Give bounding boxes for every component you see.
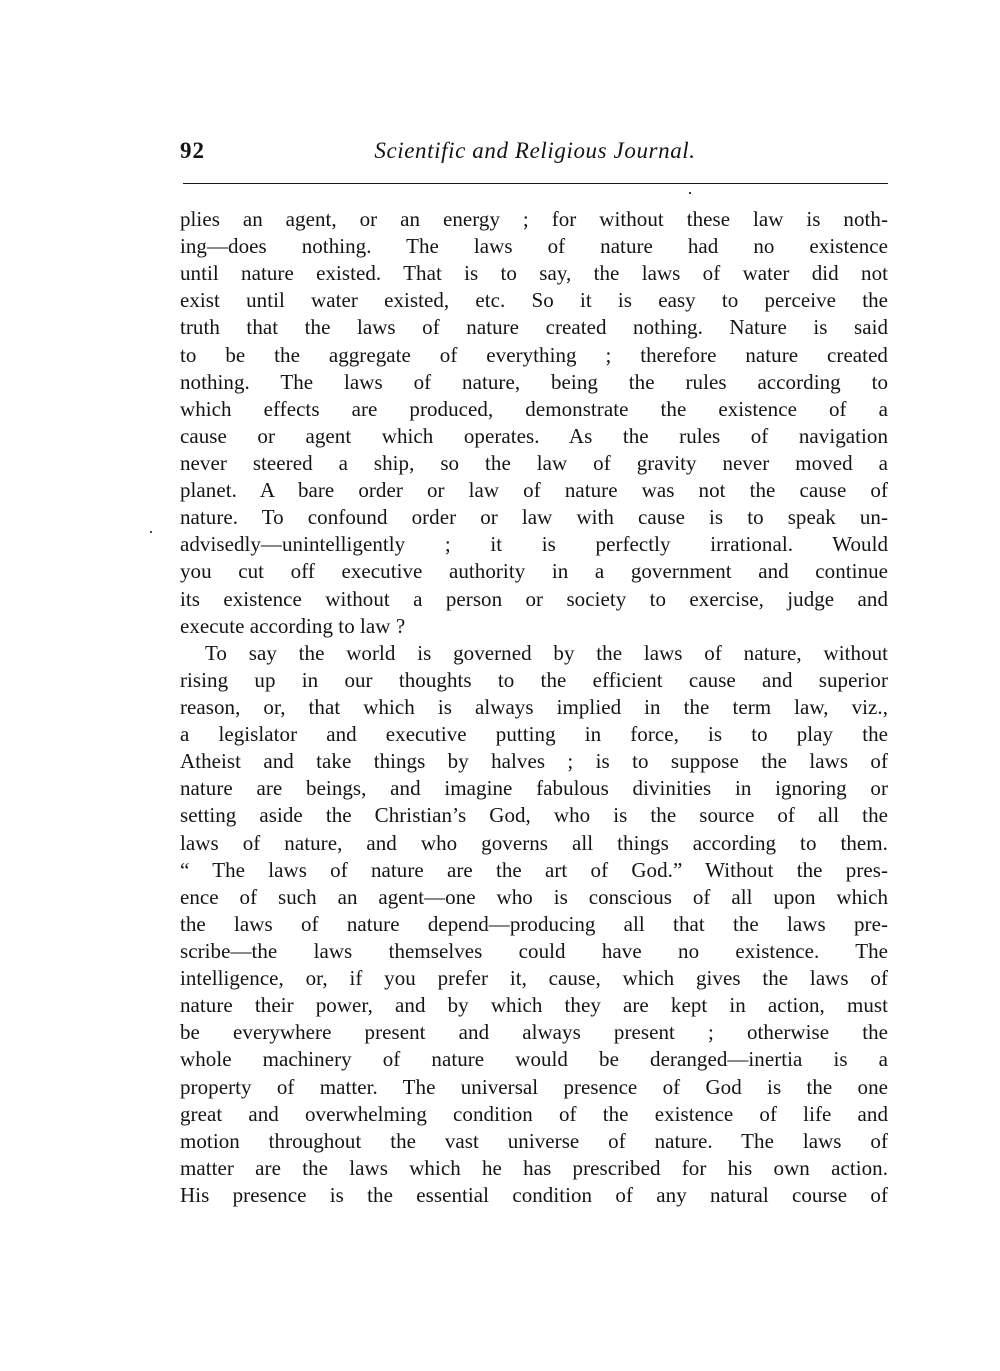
- book-page: 92 Scientific and Religious Journal. pli…: [0, 0, 1000, 1371]
- paragraph: plies an agent, or an energy ; for witho…: [180, 206, 888, 640]
- text-line: plies an agent, or an energy ; for witho…: [180, 206, 888, 233]
- text-line: the laws of nature depend—producing all …: [180, 911, 888, 938]
- text-line: until nature existed. That is to say, th…: [180, 260, 888, 287]
- text-line: “ The laws of nature are the art of God.…: [180, 857, 888, 884]
- text-line: a legislator and executive putting in fo…: [180, 721, 888, 748]
- text-line: which effects are produced, demonstrate …: [180, 396, 888, 423]
- text-line: scribe—the laws themselves could have no…: [180, 938, 888, 965]
- text-line: Atheist and take things by halves ; is t…: [180, 748, 888, 775]
- text-line: never steered a ship, so the law of grav…: [180, 450, 888, 477]
- text-line: great and overwhelming condition of the …: [180, 1101, 888, 1128]
- paragraph: To say the world is governed by the laws…: [180, 640, 888, 1209]
- text-line: nothing. The laws of nature, being the r…: [180, 369, 888, 396]
- text-line: whole machinery of nature would be deran…: [180, 1046, 888, 1073]
- text-line: you cut off executive authority in a gov…: [180, 558, 888, 585]
- text-line: cause or agent which operates. As the ru…: [180, 423, 888, 450]
- running-head: 92 Scientific and Religious Journal.: [180, 136, 888, 170]
- text-line: nature their power, and by which they ar…: [180, 992, 888, 1019]
- text-line: To say the world is governed by the laws…: [180, 640, 888, 667]
- text-line: planet. A bare order or law of nature wa…: [180, 477, 888, 504]
- text-line: advisedly—unintelligently ; it is perfec…: [180, 531, 888, 558]
- text-line: laws of nature, and who governs all thin…: [180, 830, 888, 857]
- text-line: motion throughout the vast universe of n…: [180, 1128, 888, 1155]
- text-line: nature are beings, and imagine fabulous …: [180, 775, 888, 802]
- print-speck: [689, 192, 691, 194]
- text-line: matter are the laws which he has prescri…: [180, 1155, 888, 1182]
- text-line: nature. To confound order or law with ca…: [180, 504, 888, 531]
- text-line: execute according to law ?: [180, 613, 888, 640]
- journal-title: Scientific and Religious Journal.: [180, 138, 888, 164]
- text-line: be everywhere present and always present…: [180, 1019, 888, 1046]
- print-speck: [150, 531, 152, 533]
- text-line: His presence is the essential condition …: [180, 1182, 888, 1209]
- text-line: setting aside the Christian’s God, who i…: [180, 802, 888, 829]
- text-line: ence of such an agent—one who is conscio…: [180, 884, 888, 911]
- text-line: exist until water existed, etc. So it is…: [180, 287, 888, 314]
- text-line: rising up in our thoughts to the efficie…: [180, 667, 888, 694]
- body-text: plies an agent, or an energy ; for witho…: [180, 206, 888, 1209]
- text-line: intelligence, or, if you prefer it, caus…: [180, 965, 888, 992]
- text-line: ing—does nothing. The laws of nature had…: [180, 233, 888, 260]
- text-line: its existence without a person or societ…: [180, 586, 888, 613]
- text-line: to be the aggregate of everything ; ther…: [180, 342, 888, 369]
- header-rule: [183, 183, 888, 184]
- text-line: truth that the laws of nature created no…: [180, 314, 888, 341]
- text-line: property of matter. The universal presen…: [180, 1074, 888, 1101]
- text-line: reason, or, that which is always implied…: [180, 694, 888, 721]
